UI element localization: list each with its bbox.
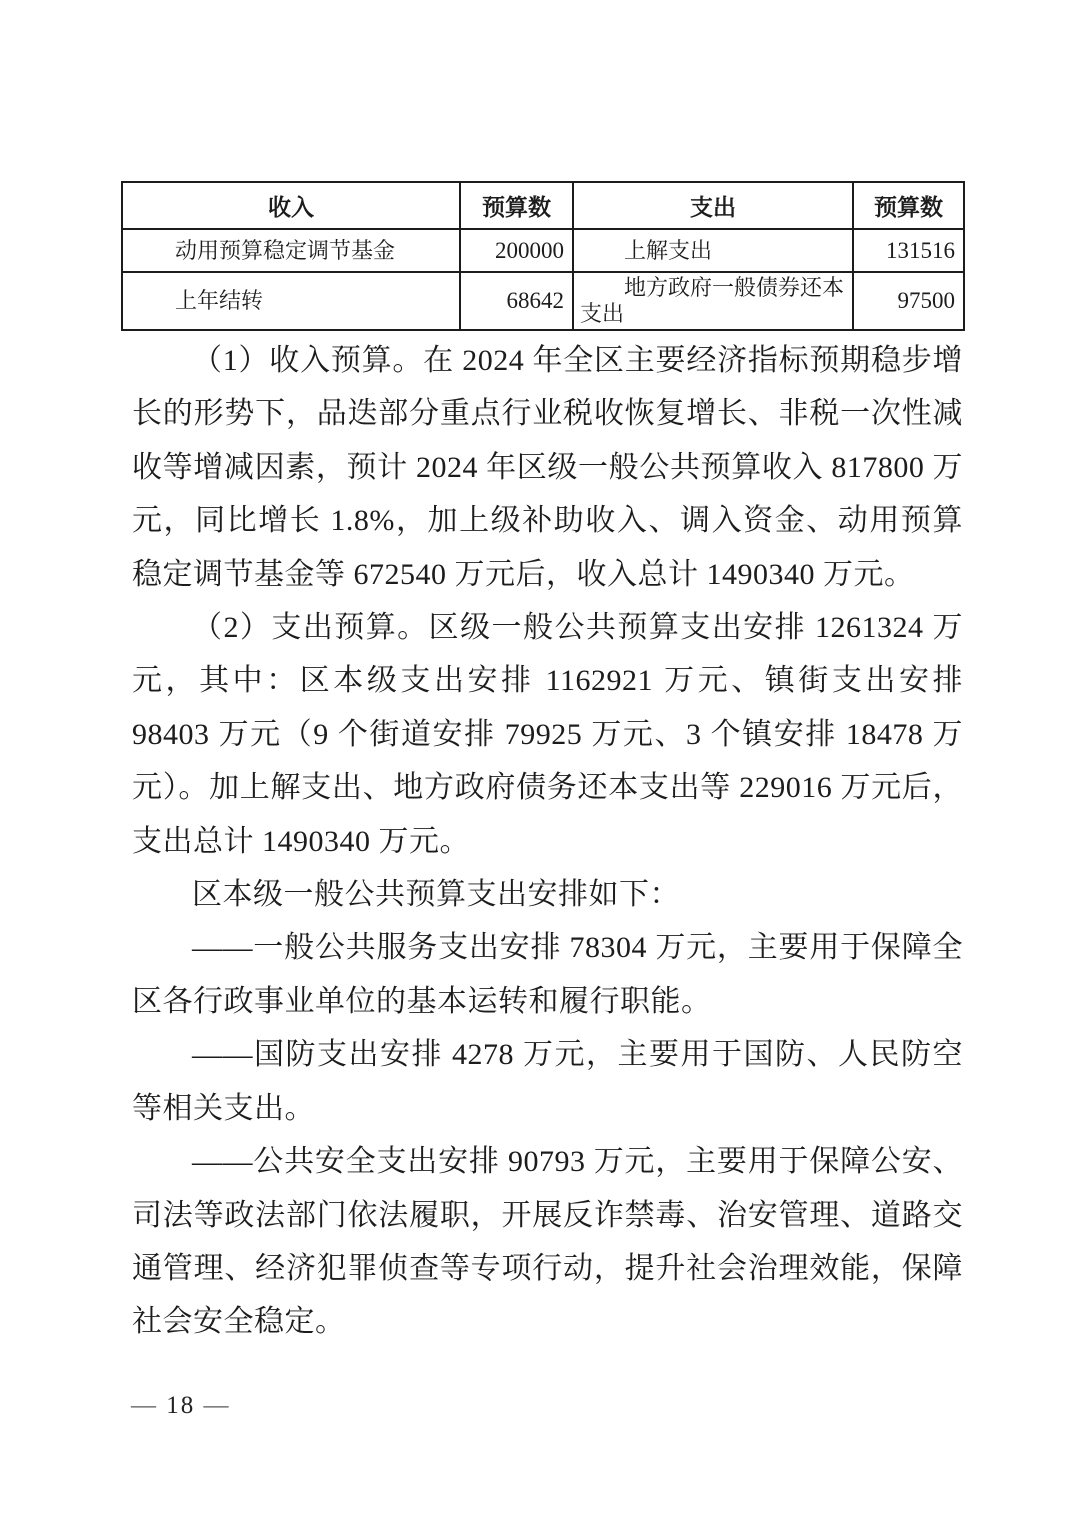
budget-table: 收入 预算数 支出 预算数 动用预算稳定调节基金 200000 上解支出 131… xyxy=(121,181,965,331)
document-page: 收入 预算数 支出 预算数 动用预算稳定调节基金 200000 上解支出 131… xyxy=(0,0,1074,1520)
table-header-expense: 支出 xyxy=(573,182,853,229)
document-body: （1）收入预算。在 2024 年全区主要经济指标预期稳步增长的形势下，品迭部分重… xyxy=(132,334,963,1349)
income-budget-cell: 200000 xyxy=(460,229,573,272)
table-header-income-budget: 预算数 xyxy=(460,182,573,229)
page-number: 18 xyxy=(166,1392,195,1419)
paragraph-general-public-services: ——一般公共服务支出安排 78304 万元，主要用于保障全区各行政事业单位的基本… xyxy=(132,921,963,1028)
table-row: 上年结转 68642 地方政府一般债券还本支出 97500 xyxy=(122,272,964,330)
footer-dash-right: — xyxy=(204,1392,231,1419)
expense-item-cell: 上解支出 xyxy=(573,229,853,272)
income-item-cell: 上年结转 xyxy=(122,272,460,330)
expense-budget-cell: 131516 xyxy=(853,229,964,272)
expense-item-cell: 地方政府一般债券还本支出 xyxy=(573,272,853,330)
paragraph-district-level-intro: 区本级一般公共预算支出安排如下： xyxy=(132,868,963,921)
table-header-income: 收入 xyxy=(122,182,460,229)
income-budget-cell: 68642 xyxy=(460,272,573,330)
table-header-row: 收入 预算数 支出 预算数 xyxy=(122,182,964,229)
paragraph-expenditure-budget: （2）支出预算。区级一般公共预算支出安排 1261324 万元，其中：区本级支出… xyxy=(132,601,963,868)
table-row: 动用预算稳定调节基金 200000 上解支出 131516 xyxy=(122,229,964,272)
table-header-expense-budget: 预算数 xyxy=(853,182,964,229)
paragraph-national-defense: ——国防支出安排 4278 万元，主要用于国防、人民防空等相关支出。 xyxy=(132,1028,963,1135)
footer-dash-left: — xyxy=(131,1392,158,1419)
paragraph-public-security: ——公共安全支出安排 90793 万元，主要用于保障公安、司法等政法部门依法履职… xyxy=(132,1135,963,1349)
income-item-cell: 动用预算稳定调节基金 xyxy=(122,229,460,272)
page-footer: — 18 — xyxy=(131,1392,231,1420)
expense-budget-cell: 97500 xyxy=(853,272,964,330)
paragraph-income-budget: （1）收入预算。在 2024 年全区主要经济指标预期稳步增长的形势下，品迭部分重… xyxy=(132,334,963,601)
